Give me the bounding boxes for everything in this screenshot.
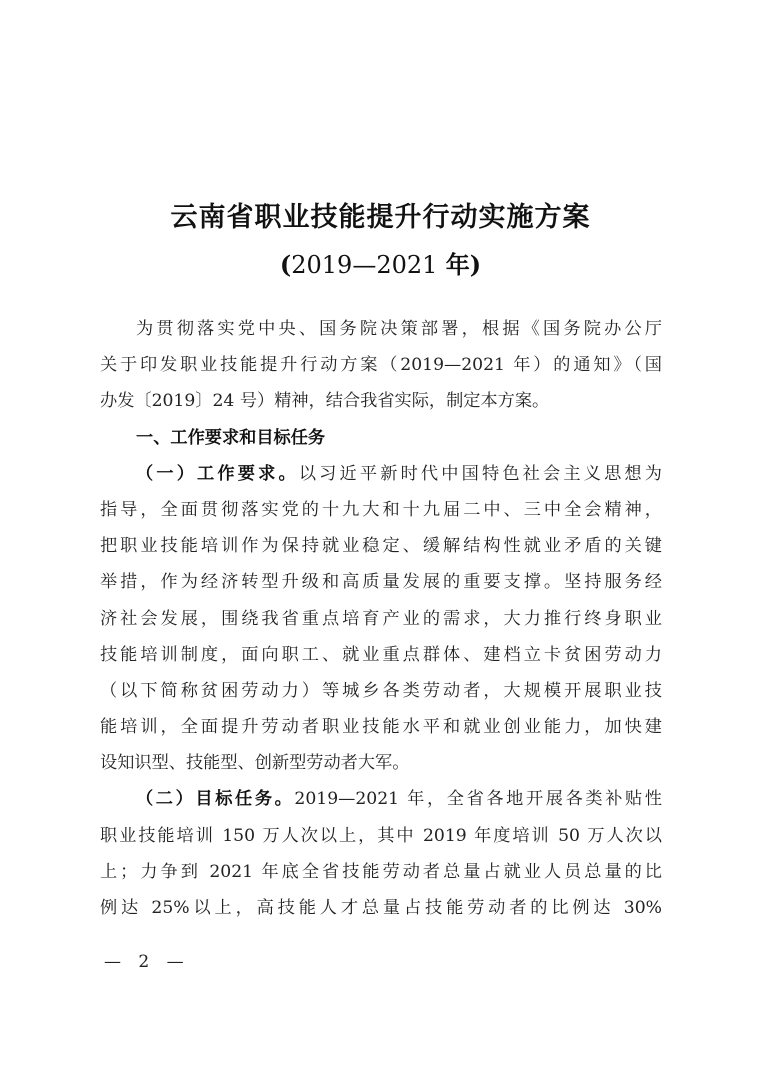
document-title: 云南省职业技能提升行动实施方案: [0, 200, 761, 236]
body-line-text: 以习近平新时代中国特色社会主义思想为: [299, 464, 662, 484]
body-line: 把职业技能培训作为保持就业稳定、缓解结构性就业矛盾的关键: [100, 528, 662, 564]
section-heading: 一、工作要求和目标任务: [100, 420, 662, 456]
paragraph-lead: （二）目标任务。: [136, 789, 294, 809]
body-line: 办发〔2019〕24 号）精神，结合我省实际，制定本方案。: [100, 383, 662, 419]
body-line-text: 2019—2021 年，全省各地开展各类补贴性: [294, 789, 662, 809]
body-line: 上；力争到 2021 年底全省技能劳动者总量占就业人员总量的比: [100, 854, 662, 890]
body-line: 例达 25%以上，高技能人才总量占技能劳动者的比例达 30%: [100, 890, 662, 926]
subtitle-year-char: 年: [437, 250, 469, 279]
page-number: — 2 —: [104, 950, 190, 974]
body-line: （一）工作要求。以习近平新时代中国特色社会主义思想为: [100, 456, 662, 492]
body-line: 关于印发职业技能提升行动方案（2019—2021 年）的通知》（国: [100, 347, 662, 383]
body-line: 职业技能培训 150 万人次以上，其中 2019 年度培训 50 万人次以: [100, 818, 662, 854]
body-line: 为贯彻落实党中央、国务院决策部署，根据《国务院办公厅: [100, 311, 662, 347]
body-line: （以下简称贫困劳动力）等城乡各类劳动者，大规模开展职业技: [100, 673, 662, 709]
body-line: 指导，全面贯彻落实党的十九大和十九届二中、三中全会精神，: [100, 492, 662, 528]
body-line: 技能培训制度，面向职工、就业重点群体、建档立卡贫困劳动力: [100, 637, 662, 673]
body-line: 设知识型、技能型、创新型劳动者大军。: [100, 745, 662, 781]
document-page: 云南省职业技能提升行动实施方案 (2019—2021 年) 为贯彻落实党中央、国…: [0, 0, 761, 1078]
document-subtitle: (2019—2021 年): [0, 248, 761, 282]
subtitle-open-paren: (: [280, 250, 291, 279]
subtitle-close-paren: ): [470, 250, 481, 279]
body-line: 济社会发展，围绕我省重点培育产业的需求，大力推行终身职业: [100, 601, 662, 637]
body-line: （二）目标任务。2019—2021 年，全省各地开展各类补贴性: [100, 781, 662, 817]
paragraph-lead: （一）工作要求。: [136, 464, 299, 484]
body-line: 举措，作为经济转型升级和高质量发展的重要支撑。坚持服务经: [100, 564, 662, 600]
body-line: 能培训，全面提升劳动者职业技能水平和就业创业能力，加快建: [100, 709, 662, 745]
document-body: 为贯彻落实党中央、国务院决策部署，根据《国务院办公厅 关于印发职业技能提升行动方…: [100, 311, 662, 926]
subtitle-years: 2019—2021: [291, 251, 437, 279]
